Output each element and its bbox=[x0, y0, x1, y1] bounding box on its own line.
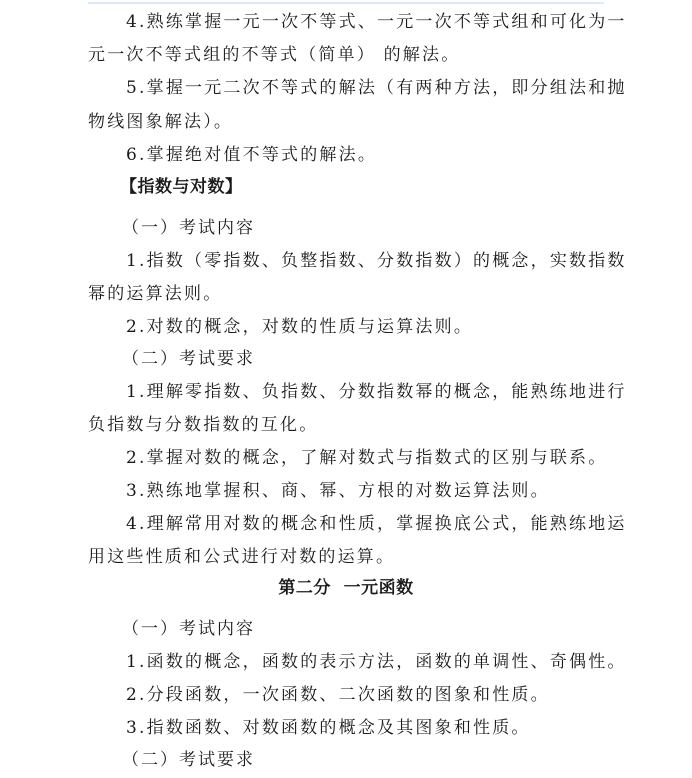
subsection-heading: （二）考试要求 bbox=[122, 750, 642, 770]
paragraph-line: 2.分段函数，一次函数、二次函数的图象和性质。 bbox=[126, 685, 646, 705]
chapter-heading: 第二分 一元函数 bbox=[0, 578, 692, 598]
paragraph-line: 幂的运算法则。 bbox=[88, 284, 608, 304]
subsection-heading: （一）考试内容 bbox=[122, 619, 642, 639]
paragraph-line: 4.熟练掌握一元一次不等式、一元一次不等式组和可化为一 bbox=[126, 12, 646, 32]
paragraph-line: 2.对数的概念，对数的性质与运算法则。 bbox=[126, 317, 646, 337]
paragraph-line: 1.理解零指数、负指数、分数指数幂的概念，能熟练地进行 bbox=[126, 382, 646, 402]
paragraph-line: 元一次不等式组的不等式（简单） 的解法。 bbox=[88, 45, 608, 65]
section-heading: 【指数与对数】 bbox=[120, 177, 640, 197]
paragraph-line: 4.理解常用对数的概念和性质，掌握换底公式，能熟练地运 bbox=[126, 514, 646, 534]
paragraph-line: 5.掌握一元二次不等式的解法（有两种方法，即分组法和抛 bbox=[126, 78, 646, 98]
paragraph-line: 3.熟练地掌握积、商、幂、方根的对数运算法则。 bbox=[126, 481, 646, 501]
paragraph-line: 6.掌握绝对值不等式的解法。 bbox=[126, 145, 646, 165]
paragraph-line: 用这些性质和公式进行对数的运算。 bbox=[88, 547, 608, 567]
paragraph-line: 负指数与分数指数的互化。 bbox=[88, 415, 608, 435]
paragraph-line: 2.掌握对数的概念，了解对数式与指数式的区别与联系。 bbox=[126, 448, 646, 468]
subsection-heading: （二）考试要求 bbox=[122, 349, 642, 369]
paragraph-line: 物线图象解法）。 bbox=[88, 112, 608, 132]
page-top-rule bbox=[88, 2, 604, 4]
paragraph-line: 1.函数的概念，函数的表示方法，函数的单调性、奇偶性。 bbox=[126, 652, 646, 672]
paragraph-line: 1.指数（零指数、负整指数、分数指数）的概念，实数指数 bbox=[126, 251, 646, 271]
subsection-heading: （一）考试内容 bbox=[122, 218, 642, 238]
paragraph-line: 3.指数函数、对数函数的概念及其图象和性质。 bbox=[126, 718, 646, 738]
